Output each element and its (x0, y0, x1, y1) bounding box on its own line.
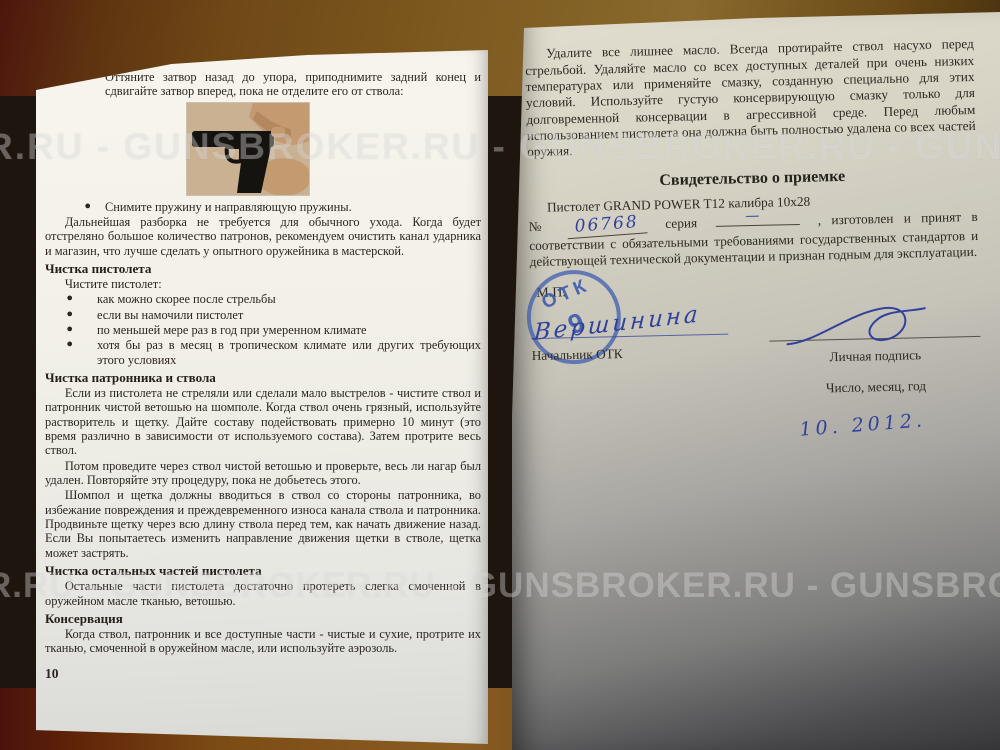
signature-row: Вершинина Начальник ОТК Личная подпись Ч… (531, 300, 983, 443)
list-item-text: хотя бы раз в месяц в тропическом климат… (97, 338, 481, 367)
seria-blank-line: — (715, 211, 799, 227)
chief-signature-block: Вершинина Начальник ОТК (531, 305, 740, 443)
paragraph-conservation: Когда ствол, патронник и все доступные ч… (45, 627, 481, 656)
watermark-row-2: R.RU - GUNSBROKER.RU - GUNSBROKER.RU - G… (0, 566, 1000, 606)
heading-chamber: Чистка патронника и ствола (45, 370, 481, 385)
seria-handwritten-mark: — (745, 208, 759, 226)
page-number: 10 (45, 666, 481, 682)
bullet-icon: ● (45, 292, 97, 306)
number-label: № (529, 219, 549, 234)
bullet-text: Оттяните затвор назад до упора, приподни… (105, 70, 481, 99)
date-handwritten: 10. 2012. (799, 405, 983, 442)
personal-signature-stroke (783, 300, 954, 348)
personal-signature-label: Личная подпись (770, 346, 981, 367)
bullet-icon: ● (45, 200, 105, 214)
bullet-icon: ● (45, 308, 97, 322)
instruction-bullet: ● Снимите пружину и направляющую пружины… (45, 200, 481, 214)
list-item: ● как можно скорее после стрельбы (45, 292, 481, 306)
photo-scene: ● Оттяните затвор назад до упора, припод… (0, 0, 1000, 750)
bullet-icon: ● (45, 338, 97, 367)
list-item: ● если вы намочили пистолет (45, 308, 481, 322)
list-item-text: как можно скорее после стрельбы (97, 292, 481, 306)
cleaning-intro: Чистите пистолет: (45, 277, 481, 291)
watermark-row-1: R.RU - GUNSBROKER.RU - GUNSBROKER.RU - G… (0, 126, 1000, 168)
list-item-text: по меньшей мере раз в год при умеренном … (97, 323, 481, 337)
manual-page-right: Удалите все лишнее масло. Всегда протира… (512, 12, 1000, 750)
bullet-text: Снимите пружину и направляющую пружины. (105, 200, 481, 214)
list-item: ● хотя бы раз в месяц в тропическом клим… (45, 338, 481, 367)
paragraph-chamber-1: Если из пистолета не стреляли или сделал… (45, 386, 481, 458)
personal-signature-block: Личная подпись Число, месяц, год 10. 201… (769, 300, 983, 438)
paragraph-disassembly: Дальнейшая разборка не требуется для обы… (45, 215, 481, 258)
heading-cleaning: Чистка пистолета (45, 261, 481, 276)
heading-conservation: Консервация (45, 611, 481, 626)
date-label: Число, месяц, год (770, 377, 981, 398)
acceptance-body: Пистолет GRAND POWER T12 калибра 10х28 №… (528, 190, 978, 271)
list-item: ● по меньшей мере раз в год при умеренно… (45, 323, 481, 337)
bullet-icon: ● (45, 323, 97, 337)
paragraph-chamber-2: Потом проведите через ствол чистой ветош… (45, 459, 481, 488)
paragraph-chamber-3: Шомпол и щетка должны вводиться в ствол … (45, 488, 481, 560)
right-page-content: Удалите все лишнее масло. Всегда протира… (524, 23, 982, 443)
list-item-text: если вы намочили пистолет (97, 308, 481, 322)
acceptance-title: Свидетельство о приемке (528, 164, 977, 194)
seria-label: серия (665, 215, 697, 231)
